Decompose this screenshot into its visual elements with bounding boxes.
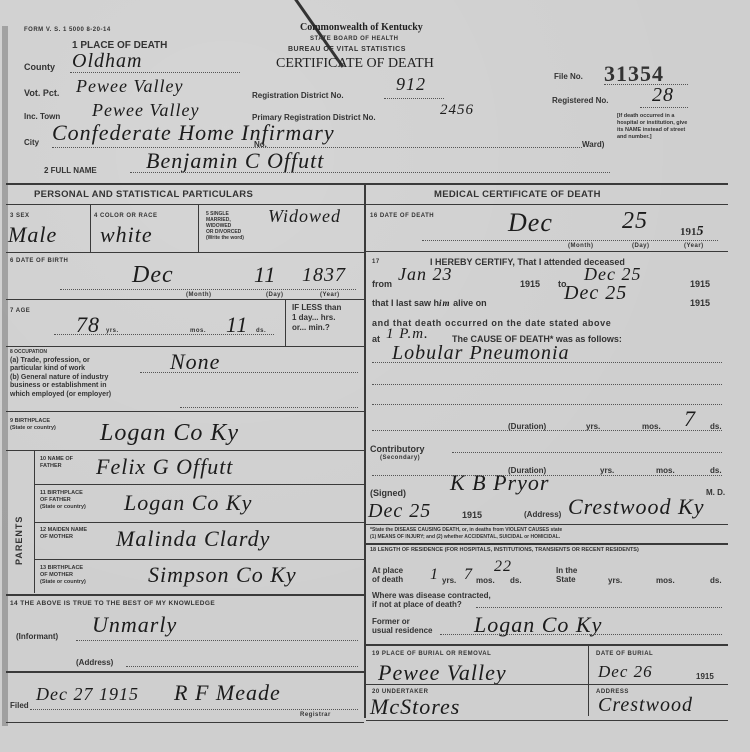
- in-state-label: In the State: [556, 566, 577, 584]
- mother-label: 12 MAIDEN NAME OF MOTHER: [40, 527, 87, 541]
- age-label: 7 AGE: [10, 308, 30, 314]
- signed-year: 1915: [462, 510, 482, 520]
- from-year: 1915: [520, 279, 540, 289]
- burial-date: Dec 26: [598, 662, 653, 682]
- contributory-sub: (Secondary): [380, 455, 420, 461]
- certificate-title: CERTIFICATE OF DEATH: [276, 56, 434, 72]
- registration-district-value: 912: [396, 74, 426, 95]
- dob-year: 1837: [302, 264, 346, 287]
- city-value: Confederate Home Infirmary: [52, 120, 335, 146]
- county-value: Oldham: [72, 50, 142, 73]
- sex-value: Male: [8, 222, 57, 248]
- full-name-label: 2 FULL NAME: [44, 166, 97, 175]
- informant-address-label: (Address): [76, 658, 113, 667]
- vot-pct-value: Pewee Valley: [76, 76, 183, 97]
- vot-pct-label: Vot. Pct.: [24, 88, 59, 98]
- duration-days: 7: [684, 406, 696, 432]
- signed-label: (Signed): [370, 488, 406, 498]
- physician-address-label: (Address): [524, 510, 561, 519]
- contributory-yrs-label: yrs.: [600, 466, 614, 475]
- contributory-mos-label: mos.: [656, 466, 675, 475]
- bureau-name: BUREAU OF VITAL STATISTICS: [288, 46, 406, 53]
- registered-no-label: Registered No.: [552, 96, 608, 105]
- father-birthplace-value: Logan Co Ky: [124, 490, 252, 516]
- mother-birthplace-value: Simpson Co Ky: [148, 562, 297, 588]
- undertaker-value: McStores: [370, 694, 460, 720]
- institution-note: [If death occurred in a hospital or inst…: [617, 113, 691, 141]
- county-label: County: [24, 62, 55, 72]
- father-value: Felix G Offutt: [96, 454, 233, 480]
- from-label: from: [372, 279, 392, 289]
- registrar-label: Registrar: [300, 712, 331, 718]
- primary-registration-value: 2456: [440, 102, 474, 119]
- dod-day-caption: (Day): [632, 243, 650, 249]
- state-mos-label: mos.: [656, 576, 675, 585]
- parents-label: PARENTS: [14, 516, 24, 565]
- death-certificate: FORM V. S. 1 5000 8-20-14 1 PLACE OF DEA…: [0, 0, 750, 752]
- occupation-label: 8 OCCUPATION (a) Trade, profession, or p…: [10, 348, 111, 399]
- less-than-day-label: IF LESS than 1 day... hrs. or... min.?: [292, 303, 341, 333]
- registered-no: 28: [652, 84, 674, 107]
- dob-month: Dec: [132, 262, 174, 289]
- father-birthplace-label: 11 BIRTHPLACE OF FATHER (State or countr…: [40, 490, 86, 511]
- filed-label: Filed: [10, 701, 29, 710]
- dod-year-caption: (Year): [684, 243, 704, 249]
- physician-signature: K B Pryor: [450, 470, 549, 496]
- former-residence-label: Former or usual residence: [372, 617, 432, 635]
- dod-label: 16 DATE OF DEATH: [370, 213, 434, 219]
- certify-number: 17: [372, 259, 380, 265]
- burial-year: 1915: [696, 672, 714, 681]
- alive-on-date: Dec 25: [564, 282, 627, 305]
- year-caption: (Year): [320, 292, 340, 298]
- res-yrs-label: yrs.: [442, 576, 456, 585]
- residence-label: 18 LENGTH OF RESIDENCE (FOR HOSPITALS, I…: [370, 547, 720, 554]
- dod-month-caption: (Month): [568, 243, 594, 249]
- res-ds-label: ds.: [510, 576, 522, 585]
- color-value: white: [100, 222, 153, 248]
- contributory-ds-label: ds.: [710, 466, 722, 475]
- dod-month: Dec: [508, 208, 553, 238]
- birthplace-label: 9 BIRTHPLACE (State or country): [10, 418, 56, 432]
- marital-value: Widowed: [268, 206, 341, 227]
- color-label: 4 COLOR OR RACE: [94, 213, 158, 219]
- board-name: STATE BOARD OF HEALTH: [310, 36, 399, 42]
- filed-date: Dec 27 1915: [36, 684, 139, 705]
- burial-date-label: DATE OF BURIAL: [596, 651, 653, 657]
- cause-footnote: *State the DISEASE CAUSING DEATH, or, in…: [370, 527, 562, 541]
- contributory-label: Contributory: [370, 444, 425, 454]
- mother-birthplace-label: 13 BIRTHPLACE OF MOTHER (State or countr…: [40, 565, 86, 586]
- registration-district-label: Registration District No.: [252, 91, 344, 100]
- scan-edge: [2, 26, 8, 726]
- full-name-value: Benjamin C Offutt: [146, 148, 324, 174]
- burial-place-label: 19 PLACE OF BURIAL OR REMOVAL: [372, 651, 491, 657]
- dod-year: 1915: [680, 224, 705, 240]
- to-year: 1915: [690, 279, 710, 289]
- state-ds-label: ds.: [710, 576, 722, 585]
- personal-heading: PERSONAL AND STATISTICAL PARTICULARS: [34, 189, 253, 200]
- informant-label: (Informant): [16, 632, 58, 641]
- residence-yrs: 1: [430, 566, 439, 584]
- residence-ds: 22: [494, 558, 512, 576]
- at-label: at: [372, 334, 380, 344]
- dob-label: 6 DATE OF BIRTH: [10, 258, 68, 264]
- day-caption: (Day): [266, 292, 284, 298]
- city-label: City: [24, 138, 39, 147]
- burial-place-value: Pewee Valley: [378, 660, 507, 686]
- registrar-signature: R F Meade: [174, 680, 281, 706]
- dob-day: 11: [254, 262, 276, 288]
- mother-value: Malinda Clardy: [116, 526, 270, 552]
- ward-label: Ward): [582, 140, 604, 149]
- state-name: Commonwealth of Kentucky: [300, 22, 423, 33]
- time-of-death: 1 P.m.: [386, 326, 429, 343]
- birthplace-value: Logan Co Ky: [100, 420, 239, 447]
- at-place-label: At place of death: [372, 566, 403, 584]
- dod-day: 25: [622, 208, 648, 235]
- sex-label: 3 SEX: [10, 213, 30, 219]
- last-saw-label: that I last saw him alive on: [372, 298, 487, 308]
- undertaker-address-value: Crestwood: [598, 694, 693, 717]
- month-caption: (Month): [186, 292, 212, 298]
- form-code: FORM V. S. 1 5000 8-20-14: [24, 27, 111, 33]
- true-statement: 14 THE ABOVE IS TRUE TO THE BEST OF MY K…: [10, 600, 215, 607]
- md-label: M. D.: [706, 488, 725, 497]
- physician-address: Crestwood Ky: [568, 494, 704, 520]
- res-mos-label: mos.: [476, 576, 495, 585]
- contracted-label: Where was disease contracted, if not at …: [372, 591, 491, 609]
- marital-label: 5 SINGLE MARRIED, WIDOWED OR DIVORCED (W…: [206, 211, 244, 241]
- medical-heading: MEDICAL CERTIFICATE OF DEATH: [434, 189, 601, 200]
- inc-town-value: Pewee Valley: [92, 100, 199, 121]
- from-date: Jan 23: [398, 264, 453, 285]
- alive-on-year: 1915: [690, 298, 710, 308]
- signed-date: Dec 25: [368, 500, 431, 523]
- informant-value: Unmarly: [92, 612, 177, 638]
- father-label: 10 NAME OF FATHER: [40, 456, 73, 470]
- file-no-label: File No.: [554, 72, 583, 81]
- state-yrs-label: yrs.: [608, 576, 622, 585]
- residence-mos: 7: [464, 566, 473, 584]
